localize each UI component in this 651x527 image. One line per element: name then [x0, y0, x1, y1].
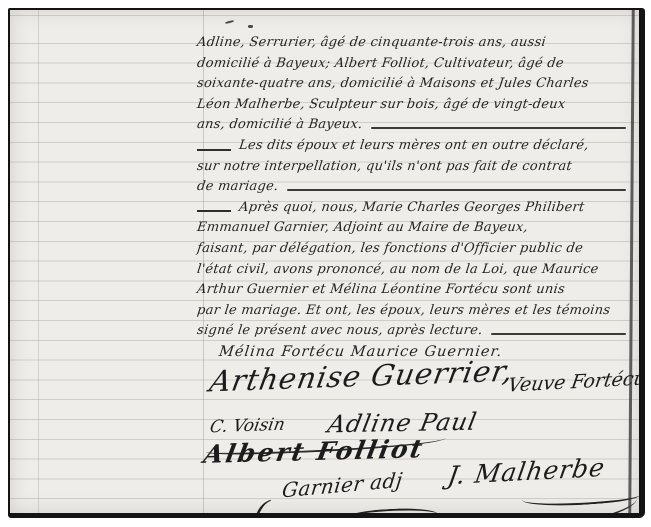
text-line-content: Emmanuel Garnier, Adjoint au Maire de Ba… — [196, 218, 529, 239]
text-line-content: sur notre interpellation, qu'ils n'ont p… — [196, 157, 573, 178]
text-line: Adline, Serrurier, âgé de cinquante-troi… — [197, 33, 628, 54]
text-line-content: domicilié à Bayeux; Albert Folliot, Cult… — [196, 54, 565, 75]
text-line-content: faisant, par délégation, les fonctions d… — [196, 239, 584, 260]
ink-speck — [248, 25, 253, 28]
text-line: signé le présent avec nous, après lectur… — [197, 321, 628, 342]
signature-albert-folliot: Albert Folliot — [204, 434, 425, 469]
text-line-content: Après quoi, nous, Marie Charles Georges … — [238, 198, 586, 219]
flourish-rule — [287, 189, 626, 191]
text-line-content: par le mariage. Et ont, les époux, leurs… — [196, 301, 612, 322]
handwritten-text-block: Adline, Serrurier, âgé de cinquante-troi… — [197, 33, 628, 363]
text-line-content: soixante-quatre ans, domicilié à Maisons… — [196, 74, 590, 95]
text-line: sur notre interpellation, qu'ils n'ont p… — [197, 157, 628, 178]
text-line-content: Léon Malherbe, Sculpteur sur bois, âgé d… — [196, 95, 567, 116]
text-line-content: de mariage. — [196, 177, 280, 198]
text-line-content: Adline, Serrurier, âgé de cinquante-troi… — [196, 33, 547, 54]
signature-c-voisin: C. Voisin — [210, 415, 285, 438]
lead-dash — [197, 149, 231, 151]
margin-line — [38, 10, 39, 513]
text-line: l'état civil, avons prononcé, au nom de … — [197, 260, 628, 281]
flourish-rule — [491, 333, 626, 335]
text-line: faisant, par délégation, les fonctions d… — [197, 239, 628, 260]
text-line: Emmanuel Garnier, Adjoint au Maire de Ba… — [197, 218, 628, 239]
flourish-rule — [371, 127, 626, 129]
lead-dash — [197, 210, 231, 212]
text-line: domicilié à Bayeux; Albert Folliot, Cult… — [197, 54, 628, 75]
text-line: ans, domicilié à Bayeux. — [197, 115, 628, 136]
text-line: Les dits époux et leurs mères ont en out… — [197, 136, 628, 157]
paper: Adline, Serrurier, âgé de cinquante-troi… — [10, 10, 639, 513]
text-line-content: Arthur Guernier et Mélina Léontine Forté… — [196, 280, 566, 301]
text-line: Léon Malherbe, Sculpteur sur bois, âgé d… — [197, 95, 628, 116]
text-line: de mariage. — [197, 177, 628, 198]
text-line-content: l'état civil, avons prononcé, au nom de … — [196, 260, 600, 281]
text-line: Après quoi, nous, Marie Charles Georges … — [197, 198, 628, 219]
text-line-content: signé le présent avec nous, après lectur… — [196, 321, 484, 342]
screenshot-root: Adline, Serrurier, âgé de cinquante-troi… — [0, 0, 651, 527]
text-line: soixante-quatre ans, domicilié à Maisons… — [197, 74, 628, 95]
text-line-content: Les dits époux et leurs mères ont en out… — [238, 136, 590, 157]
signature-text: C. Voisin — [208, 415, 286, 438]
text-line: Arthur Guernier et Mélina Léontine Forté… — [197, 280, 628, 301]
text-line-content: ans, domicilié à Bayeux. — [196, 115, 364, 136]
scan-frame: Adline, Serrurier, âgé de cinquante-troi… — [8, 8, 645, 518]
signature-text: Albert Folliot — [201, 434, 427, 469]
text-line: par le mariage. Et ont, les époux, leurs… — [197, 301, 628, 322]
